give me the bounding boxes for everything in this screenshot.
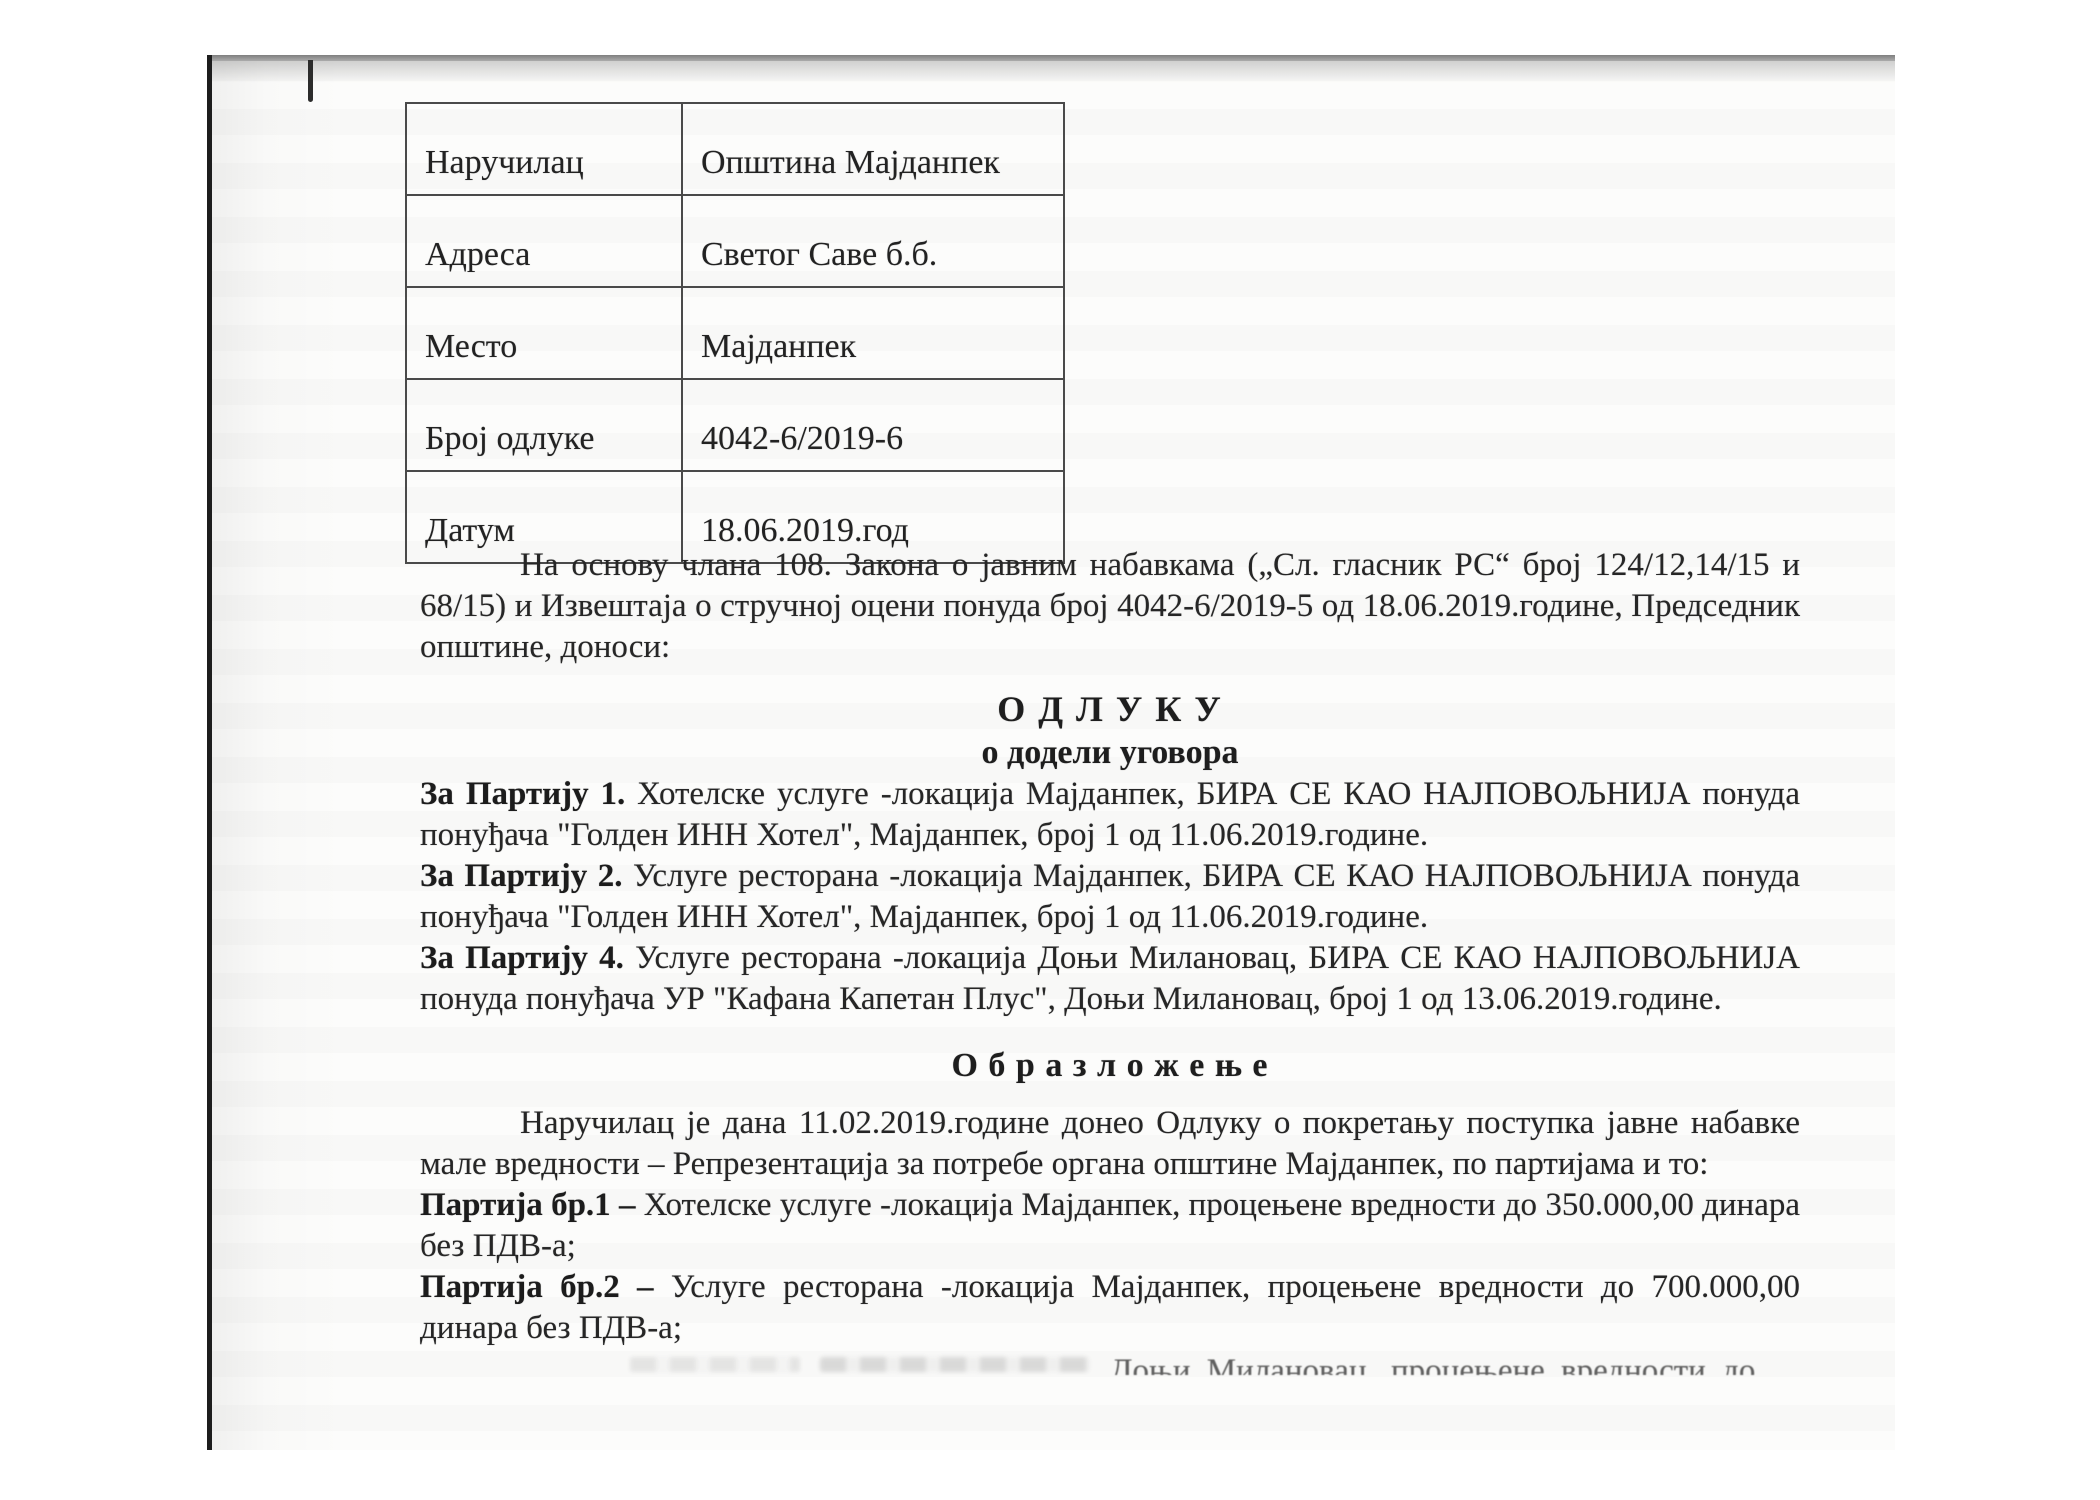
award-text: Услуге ресторана -локација Доњи Миланова… [420, 940, 1800, 1017]
award-lead: За Партију 1. [420, 776, 625, 812]
award-paragraph: За Партију 1. Хотелске услуге -локација … [420, 774, 1800, 856]
clipped-line-fragment: Доњи Милановац, процењене вредности до [1110, 1351, 1755, 1375]
award-lead: За Партију 2. [420, 858, 622, 894]
table-row: Место Мајданпек [406, 287, 1064, 379]
award-paragraph: За Партију 4. Услуге ресторана -локација… [420, 938, 1800, 1020]
cell-label: Наручилац [406, 103, 682, 195]
explanation-intro-paragraph: Наручилац је дана 11.02.2019.године доне… [420, 1103, 1800, 1185]
clipped-bottom-line: Доњи Милановац, процењене вредности до [420, 1351, 1800, 1375]
lot-lead: Партија бр.1 – [420, 1187, 635, 1223]
cell-label: Адреса [406, 195, 682, 287]
award-text: Услуге ресторана -локација Мајданпек, БИ… [420, 858, 1800, 935]
table-row: Наручилац Општина Мајданпек [406, 103, 1064, 195]
award-paragraph: За Партију 2. Услуге ресторана -локација… [420, 856, 1800, 938]
explanation-title: О б р а з л о ж е њ е [420, 1044, 1800, 1087]
cell-label: Број одлуке [406, 379, 682, 471]
scanned-document-page: Наручилац Општина Мајданпек Адреса Свето… [207, 55, 1895, 1450]
lot-lead: Партија бр.2 – [420, 1269, 654, 1305]
illegible-text-smear [820, 1357, 1090, 1372]
cell-value: Мајданпек [682, 287, 1064, 379]
cell-label: Место [406, 287, 682, 379]
table-row: Адреса Светог Саве б.б. [406, 195, 1064, 287]
cell-value: Општина Мајданпек [682, 103, 1064, 195]
decision-title: О Д Л У К У [420, 688, 1800, 731]
lot-paragraph: Партија бр.1 – Хотелске услуге -локација… [420, 1185, 1800, 1267]
scan-top-edge [207, 55, 1895, 61]
award-text: Хотелске услуге -локација Мајданпек, БИР… [420, 776, 1800, 853]
pen-mark-artifact [308, 60, 313, 102]
scan-top-shadow [207, 61, 1895, 83]
cell-value: 4042-6/2019-6 [682, 379, 1064, 471]
info-table: Наручилац Општина Мајданпек Адреса Свето… [405, 102, 1065, 564]
award-lead: За Партију 4. [420, 940, 624, 976]
decision-subtitle: о додели уговора [420, 731, 1800, 774]
lot-paragraph: Партија бр.2 – Услуге ресторана -локациј… [420, 1267, 1800, 1349]
scan-left-edge [207, 55, 212, 1450]
cell-value: Светог Саве б.б. [682, 195, 1064, 287]
table-row: Број одлуке 4042-6/2019-6 [406, 379, 1064, 471]
document-viewer-background: Наручилац Општина Мајданпек Адреса Свето… [0, 0, 2100, 1500]
intro-paragraph: На основу члана 108. Закона о јавним наб… [420, 545, 1800, 668]
document-body: На основу члана 108. Закона о јавним наб… [420, 545, 1800, 1375]
illegible-text-smear [630, 1357, 800, 1372]
